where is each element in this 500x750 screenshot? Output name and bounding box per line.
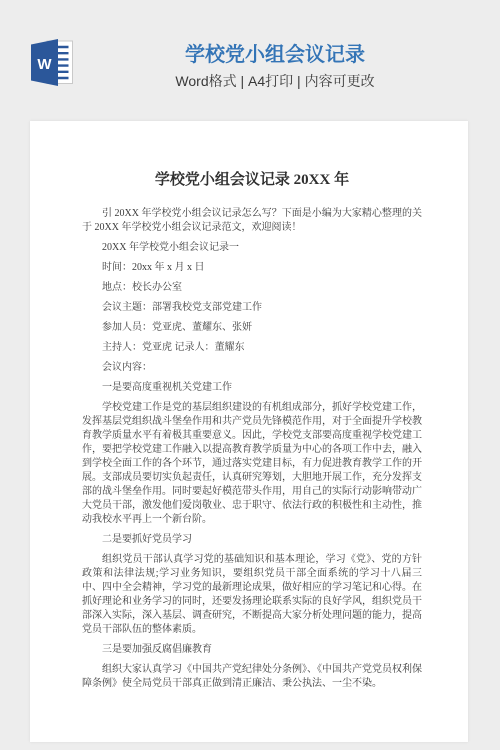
- document-page: 学校党小组会议记录 20XX 年 引 20XX 年学校党小组会议记录怎么写？下面…: [30, 121, 468, 742]
- document-title: 学校党小组会议记录 20XX 年: [30, 121, 468, 191]
- doc-paragraph: 地点：校长办公室: [82, 281, 422, 295]
- doc-paragraph: 引 20XX 年学校党小组会议记录怎么写？下面是小编为大家精心整理的关于 20X…: [82, 207, 422, 235]
- page-header: W 学校党小组会议记录 Word格式 | A4打印 | 内容可更改: [0, 0, 500, 121]
- doc-paragraph: 时间：20xx 年 x 月 x 日: [82, 261, 422, 275]
- doc-paragraph: 组织大家认真学习《中国共产党纪律处分条例》、《中国共产党党员权利保障条例》使全局…: [82, 663, 422, 691]
- doc-paragraph: 会议主题：部署我校党支部党建工作: [82, 301, 422, 315]
- document-body: 引 20XX 年学校党小组会议记录怎么写？下面是小编为大家精心整理的关于 20X…: [30, 191, 468, 691]
- page-title: 学校党小组会议记录: [50, 42, 500, 68]
- doc-paragraph: 学校党建工作是党的基层组织建设的有机组成部分，抓好学校党建工作，发挥基层党组织战…: [82, 401, 422, 527]
- doc-paragraph: 三是要加强反腐倡廉教育: [82, 643, 422, 657]
- doc-paragraph: 一是要高度重视机关党建工作: [82, 381, 422, 395]
- doc-paragraph: 组织党员干部认真学习党的基础知识和基本理论，学习《党》、党的方针政策和法律法规;…: [82, 553, 422, 637]
- header-text-block: 学校党小组会议记录 Word格式 | A4打印 | 内容可更改: [50, 42, 500, 90]
- page-subtitle: Word格式 | A4打印 | 内容可更改: [50, 72, 500, 90]
- doc-paragraph: 二是要抓好党员学习: [82, 533, 422, 547]
- doc-paragraph: 主持人：党亚虎 记录人：董耀东: [82, 341, 422, 355]
- doc-paragraph: 参加人员：党亚虎、董耀东、张妍: [82, 321, 422, 335]
- doc-paragraph: 会议内容：: [82, 361, 422, 375]
- doc-paragraph: 20XX 年学校党小组会议记录一: [82, 241, 422, 255]
